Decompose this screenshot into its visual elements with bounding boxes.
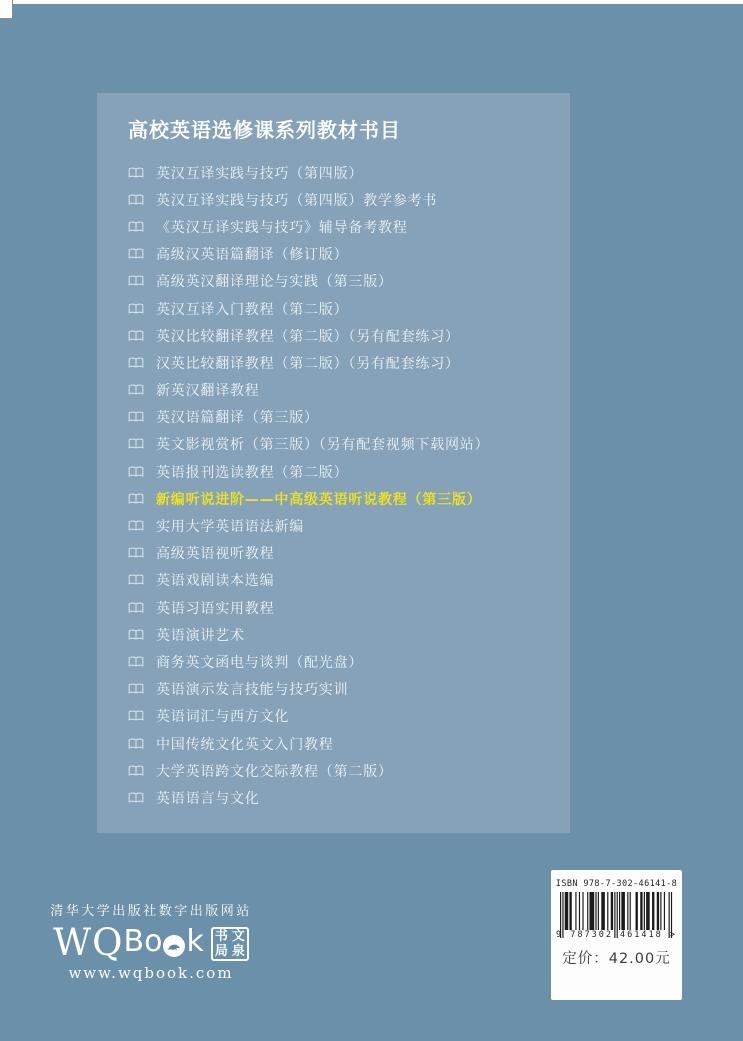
open-book-icon (128, 248, 144, 260)
book-list-item: 新英汉翻译教程 (128, 377, 562, 404)
publisher-site-name: 清华大学出版社数字出版网站 (34, 905, 268, 918)
open-book-icon (128, 547, 144, 559)
open-book-icon (128, 411, 144, 423)
logo-text-k: k (186, 927, 203, 957)
book-title-label: 英汉互译实践与技巧（第四版）教学参考书 (156, 190, 437, 210)
seal-char: 文 (232, 930, 245, 943)
book-title-label: 汉英比较翻译教程（第二版）（另有配套练习） (156, 353, 460, 373)
book-title-label: 英语戏剧读本选编 (156, 570, 274, 590)
open-book-icon (128, 710, 144, 722)
book-list-item: 英语演讲艺术 (128, 621, 562, 648)
book-title-label: 英文影视赏析（第三版）（另有配套视频下载网站） (156, 434, 489, 454)
book-list-item: 《英汉互译实践与技巧》辅导备考教程 (128, 213, 562, 240)
book-title-label: 商务英文函电与谈判（配光盘） (156, 652, 363, 672)
wqbook-logo: WQ Bo k 书 文 局 泉 (34, 923, 268, 961)
book-title-label: 新编听说进阶——中高级英语听说教程（第三版） (156, 489, 482, 509)
price-text: 定价：42.00元 (562, 947, 671, 968)
open-book-icon (128, 330, 144, 342)
scan-corner-artifact (0, 0, 13, 19)
open-book-icon (128, 303, 144, 315)
open-book-icon (128, 384, 144, 396)
open-book-icon (128, 574, 144, 586)
book-title-label: 英语习语实用教程 (156, 598, 274, 618)
book-list-item: 英语词汇与西方文化 (128, 703, 562, 730)
book-title-label: 大学英语跨文化交际教程（第二版） (156, 761, 393, 781)
open-book-icon (128, 520, 144, 532)
book-title-label: 《英汉互译实践与技巧》辅导备考教程 (156, 217, 408, 237)
book-title-label: 英汉互译实践与技巧（第四版） (156, 163, 363, 183)
publisher-url: www.wqbook.com (34, 964, 268, 982)
booklist-title: 高校英语选修课系列教材书目 (128, 120, 401, 140)
book-title-label: 英汉互译入门教程（第二版） (156, 299, 348, 319)
open-book-icon (128, 221, 144, 233)
book-list-item: 大学英语跨文化交际教程（第二版） (128, 757, 562, 784)
book-title-label: 英语报刊选读教程（第二版） (156, 462, 348, 482)
book-list-item: 英汉语篇翻译（第三版） (128, 404, 562, 431)
book-list-item: 英语戏剧读本选编 (128, 567, 562, 594)
book-list-item: 英汉互译实践与技巧（第四版）教学参考书 (128, 186, 562, 213)
book-list-item: 英文影视赏析（第三版）（另有配套视频下载网站） (128, 431, 562, 458)
book-list-item: 英语报刊选读教程（第二版） (128, 458, 562, 485)
book-list-item: 高级英汉翻译理论与实践（第三版） (128, 268, 562, 295)
open-book-icon (128, 738, 144, 750)
book-back-cover: 高校英语选修课系列教材书目 英汉互译实践与技巧（第四版） 英汉互译实践与技巧（第… (0, 4, 743, 1041)
book-title-label: 高级英语视听教程 (156, 543, 274, 563)
book-list-item: 汉英比较翻译教程（第二版）（另有配套练习） (128, 349, 562, 376)
book-list-item: 高级英语视听教程 (128, 540, 562, 567)
book-title-label: 新英汉翻译教程 (156, 380, 260, 400)
book-title-label: 英语词汇与西方文化 (156, 706, 289, 726)
book-list-item: 英语语言与文化 (128, 784, 562, 811)
book-title-label: 英语语言与文化 (156, 788, 260, 808)
open-book-icon (128, 275, 144, 287)
book-list: 英汉互译实践与技巧（第四版） 英汉互译实践与技巧（第四版）教学参考书 《英汉互译… (128, 159, 562, 812)
book-hand-icon (163, 935, 185, 957)
open-book-icon (128, 765, 144, 777)
open-book-icon (128, 167, 144, 179)
open-book-icon (128, 792, 144, 804)
book-title-label: 高级汉英语篇翻译（修订版） (156, 244, 348, 264)
book-list-item: 新编听说进阶——中高级英语听说教程（第三版） (128, 485, 562, 512)
open-book-icon (128, 602, 144, 614)
seal-char: 泉 (232, 945, 245, 958)
logo-text-bo: Bo (124, 927, 163, 957)
seal-char: 书 (215, 930, 228, 943)
wenquan-seal: 书 文 局 泉 (211, 927, 249, 961)
book-list-item: 实用大学英语语法新编 (128, 512, 562, 539)
book-list-item: 高级汉英语篇翻译（修订版） (128, 241, 562, 268)
book-list-item: 英语演示发言技能与技巧实训 (128, 676, 562, 703)
book-list-item: 中国传统文化英文入门教程 (128, 730, 562, 757)
book-title-label: 高级英汉翻译理论与实践（第三版） (156, 271, 393, 291)
book-title-label: 英汉比较翻译教程（第二版）（另有配套练习） (156, 326, 460, 346)
isbn-text: ISBN 978-7-302-46141-8 (556, 879, 677, 889)
open-book-icon (128, 493, 144, 505)
book-list-item: 英汉比较翻译教程（第二版）（另有配套练习） (128, 322, 562, 349)
open-book-icon (128, 466, 144, 478)
barcode-digits: 9 787302 461418 > (556, 930, 677, 940)
book-list-item: 英汉互译实践与技巧（第四版） (128, 159, 562, 186)
open-book-icon (128, 194, 144, 206)
open-book-icon (128, 438, 144, 450)
open-book-icon (128, 656, 144, 668)
book-title-label: 英语演讲艺术 (156, 625, 245, 645)
logo-text-wq: WQ (53, 924, 123, 961)
book-list-item: 英汉互译入门教程（第二版） (128, 295, 562, 322)
booklist-panel: 高校英语选修课系列教材书目 英汉互译实践与技巧（第四版） 英汉互译实践与技巧（第… (97, 93, 570, 833)
book-title-label: 中国传统文化英文入门教程 (156, 734, 334, 754)
open-book-icon (128, 357, 144, 369)
book-list-item: 商务英文函电与谈判（配光盘） (128, 648, 562, 675)
open-book-icon (128, 629, 144, 641)
barcode-box: ISBN 978-7-302-46141-8 9 787302 461418 >… (551, 870, 682, 1000)
book-list-item: 英语习语实用教程 (128, 594, 562, 621)
seal-char: 局 (215, 945, 228, 958)
book-title-label: 英语演示发言技能与技巧实训 (156, 679, 348, 699)
open-book-icon (128, 683, 144, 695)
book-title-label: 实用大学英语语法新编 (156, 516, 304, 536)
publisher-block: 清华大学出版社数字出版网站 WQ Bo k 书 文 局 泉 www.wqbook… (34, 905, 268, 982)
book-title-label: 英汉语篇翻译（第三版） (156, 407, 319, 427)
